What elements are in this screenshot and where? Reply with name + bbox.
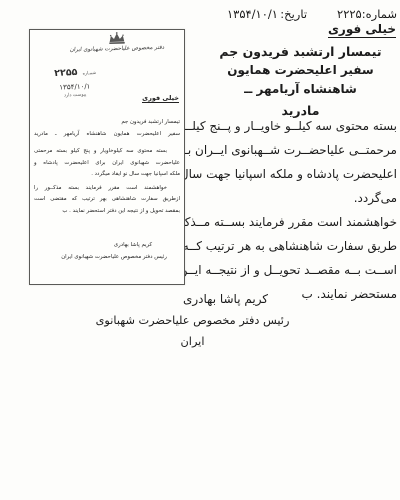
inset-registry-number: شمـاره ۲۲۵۵ — [36, 58, 115, 81]
inset-date-value: ۱۳۵۴/۱۰/۱ — [31, 81, 119, 92]
signature-title: رئیس دفتر مخصوص علیاحضرت شهبانوی ایران — [95, 310, 290, 352]
inset-body-line: ازطریق سفارت شاهنشاهی بهر ترتیب که مقتضی… — [34, 194, 180, 206]
letter-body: بسته محتوی سه کیلــو خاویــار و پــنج کی… — [186, 114, 397, 306]
inset-letter-body: تیمسار ارتشبد فریدون جم سفیر اعلیحضرت هم… — [34, 117, 180, 217]
recipient-line-2: سفیر اعلیحضرت همایون شاهنشاه آریامهر ــ — [204, 61, 397, 99]
inset-body-line: تیمسار ارتشبد فریدون جم — [34, 117, 180, 129]
inset-letterhead: دفتر مخصوص علیاحضرت شهبانوی ایران — [68, 31, 166, 54]
inset-signature-name: کریم پاشا بهادری — [34, 240, 180, 252]
body-line: بسته محتوی سه کیلــو خاویــار و پــنج کی… — [186, 114, 397, 138]
inset-signature-title: رئیس دفتر مخصوص علیاحضرت شهبانوی ایران — [34, 252, 180, 264]
body-line: خواهشمند است مقرر فرمایند بســته مــذکور… — [186, 210, 397, 234]
recipient-block: تیمسار ارتشبد فریدون جم سفیر اعلیحضرت هم… — [186, 42, 397, 121]
inset-signature-block: کریم پاشا بهادری رئیس دفتر مخصوص علیاحضر… — [34, 240, 180, 263]
date-value: ۱۳۵۴/۱۰/۱ — [227, 7, 278, 21]
recipient-line-1: تیمسار ارتشبد فریدون جم — [204, 42, 397, 61]
inset-body-line: بمقصد تحویل و از نتیجه این دفتر استحضر ن… — [34, 206, 180, 218]
inset-letterhead-calligraphy: دفتر مخصوص علیاحضرت شهبانوی ایران — [68, 45, 167, 54]
body-line: می‌گردد. — [186, 186, 397, 210]
document-header-row: شماره:۲۲۲۵ تاریخ: ۱۳۵۴/۱۰/۱ — [188, 7, 397, 21]
inset-body-line: خواهشمند است مقرر فرمایند بسته مذکــور ر… — [34, 183, 180, 195]
urgency-label: خیلی فوری — [328, 22, 396, 38]
pahlavi-crown-icon — [107, 32, 127, 46]
document-number: شماره:۲۲۲۵ — [337, 7, 397, 21]
inset-body-line: بسته محتوی سه کیلوخاویار و پنج کیلو بسته… — [34, 146, 180, 158]
inset-body-line: علیاحضرت شهبانوی ایران برای اعلیحضرت پاد… — [34, 158, 180, 170]
inset-number-label: شمـاره — [82, 71, 96, 77]
inset-urgency-label: خیلی فوری — [142, 94, 179, 103]
document-date: تاریخ: ۱۳۵۴/۱۰/۱ — [227, 7, 307, 21]
body-line: اعلیحضرت پادشاه و ملکه اسپانیا جهت سال ن… — [186, 162, 397, 186]
number-value: ۲۲۲۵ — [337, 7, 362, 21]
date-label: تاریخ: — [280, 7, 307, 21]
inset-body-line: ملکه اسپانیا جهت سال نو ایفاد میگردد . — [34, 169, 180, 181]
number-label: شماره: — [362, 7, 397, 21]
body-line: اســت بــه مقصــد تحویــل و از نتیجــه ا… — [186, 258, 397, 282]
scanned-letter-page: { "header": { "number_label": "شماره:", … — [0, 0, 400, 500]
body-line: مرحمتــی علیاحضــرت شــهبانوی ایــران بـ… — [186, 138, 397, 162]
inset-number-value: ۲۲۵۵ — [54, 67, 78, 79]
body-line: طریق سفارت شاهنشاهی به هر ترتیب کــه مقت… — [186, 234, 397, 258]
inset-registry-date: ۱۳۵۴/۱۰/۱ پیوست دارد — [31, 81, 119, 99]
signature-name: کریم پاشا بهادری — [95, 289, 290, 310]
inset-scanned-letter: دفتر مخصوص علیاحضرت شهبانوی ایران شمـاره… — [29, 29, 185, 285]
inset-body-line: سفیر اعلیحضرت همایون شاهنشاه آریامهر ـ م… — [34, 129, 180, 141]
signature-block: کریم پاشا بهادری رئیس دفتر مخصوص علیاحضر… — [95, 289, 290, 352]
inset-attachment-note: پیوست دارد — [31, 91, 119, 99]
